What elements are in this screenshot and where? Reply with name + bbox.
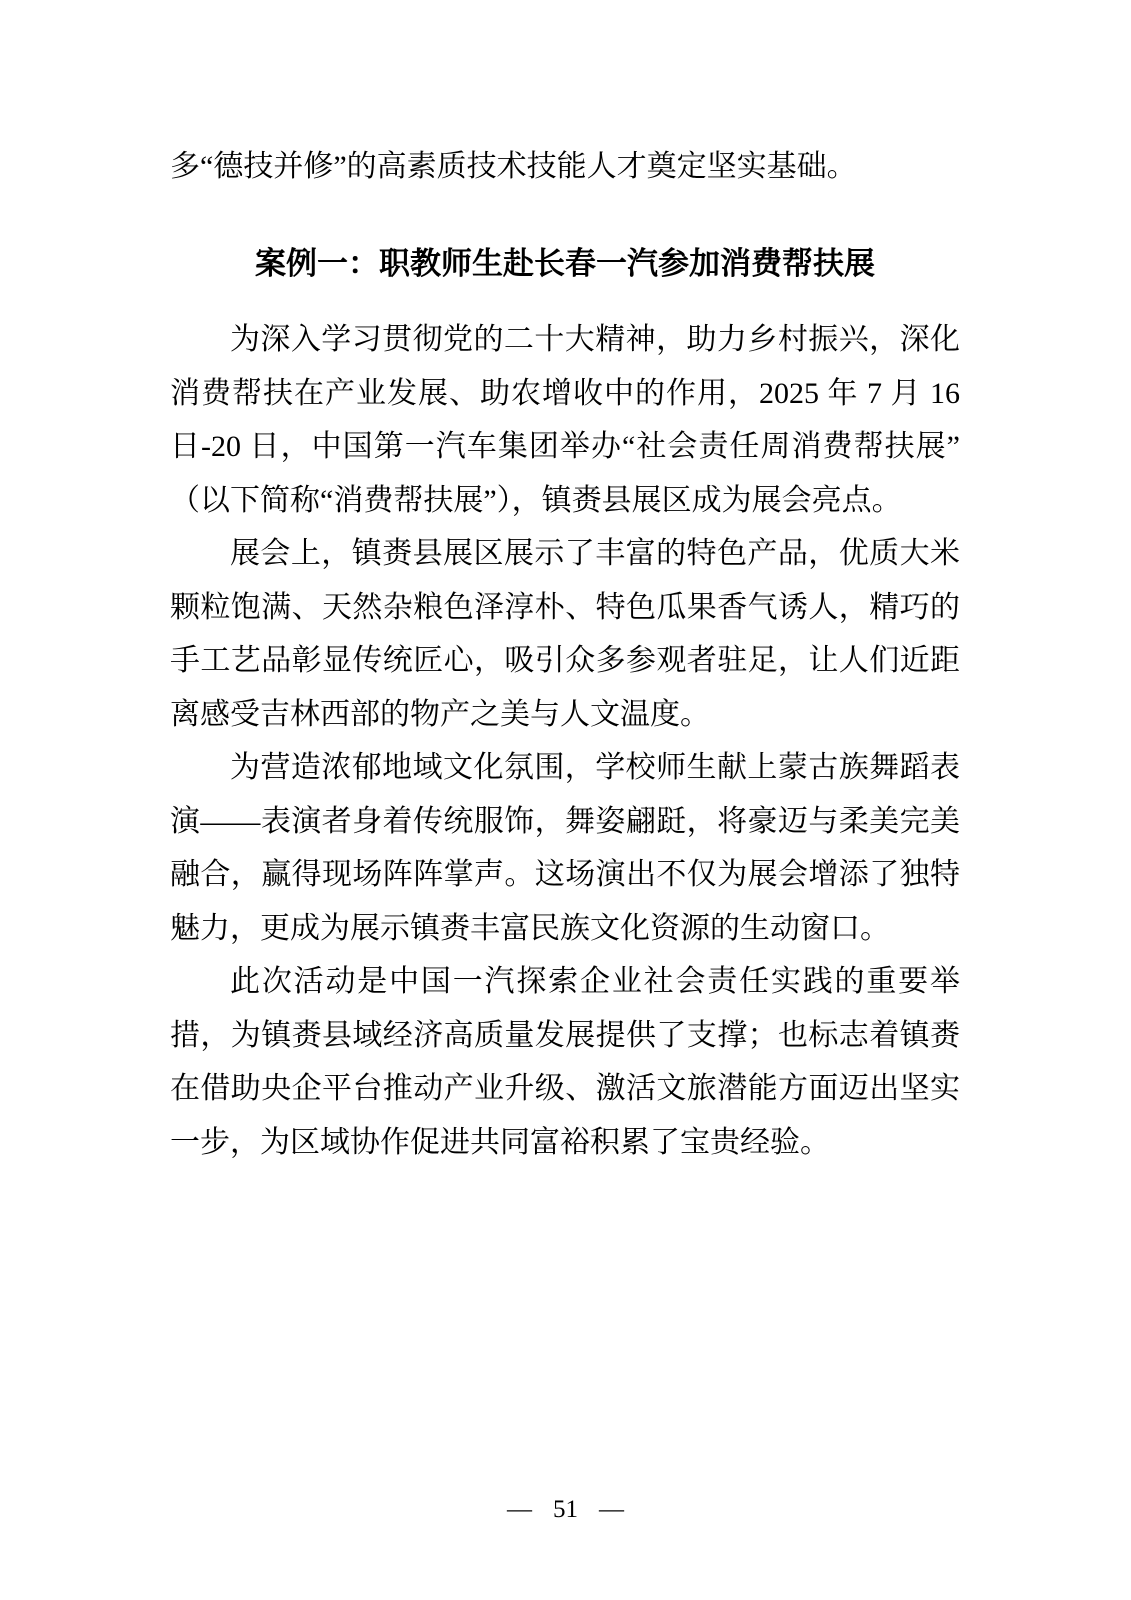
- body-line: 为营造浓郁地域文化氛围，学校师生献上蒙古族舞蹈表: [170, 741, 960, 795]
- body-line: 消费帮扶在产业发展、助农增收中的作用，2025 年 7 月 16: [170, 367, 960, 421]
- page-number: 51: [553, 1483, 578, 1537]
- body-line: 一步，为区域协作促进共同富裕积累了宝贵经验。: [170, 1116, 960, 1170]
- paragraph-3: 为营造浓郁地域文化氛围，学校师生献上蒙古族舞蹈表 演——表演者身着传统服饰，舞姿…: [170, 741, 960, 955]
- page-footer: —51—: [0, 1483, 1131, 1537]
- footer-dash-left: —: [507, 1483, 532, 1537]
- body-line: 此次活动是中国一汽探索企业社会责任实践的重要举: [170, 955, 960, 1009]
- body-paragraphs: 为深入学习贯彻党的二十大精神，助力乡村振兴，深化 消费帮扶在产业发展、助农增收中…: [170, 313, 960, 1169]
- footer-dash-right: —: [599, 1483, 624, 1537]
- paragraph-1: 为深入学习贯彻党的二十大精神，助力乡村振兴，深化 消费帮扶在产业发展、助农增收中…: [170, 313, 960, 527]
- paragraph-4: 此次活动是中国一汽探索企业社会责任实践的重要举 措，为镇赉县域经济高质量发展提供…: [170, 955, 960, 1169]
- body-line: 手工艺品彰显传统匠心，吸引众多参观者驻足，让人们近距: [170, 634, 960, 688]
- body-line: （以下简称“消费帮扶展”），镇赉县展区成为展会亮点。: [170, 474, 960, 528]
- body-line: 措，为镇赉县域经济高质量发展提供了支撑；也标志着镇赉: [170, 1009, 960, 1063]
- section-heading: 案例一：职教师生赴长春一汽参加消费帮扶展: [170, 237, 960, 291]
- body-line: 日-20 日，中国第一汽车集团举办“社会责任周消费帮扶展”: [170, 420, 960, 474]
- body-line: 展会上，镇赉县展区展示了丰富的特色产品，优质大米: [170, 527, 960, 581]
- document-page: 多“德技并修”的高素质技术技能人才奠定坚实基础。 案例一：职教师生赴长春一汽参加…: [0, 0, 1131, 1600]
- body-line: 在借助央企平台推动产业升级、激活文旅潜能方面迈出坚实: [170, 1062, 960, 1116]
- continuation-paragraph-line: 多“德技并修”的高素质技术技能人才奠定坚实基础。: [170, 140, 960, 194]
- body-line: 为深入学习贯彻党的二十大精神，助力乡村振兴，深化: [170, 313, 960, 367]
- body-line: 魅力，更成为展示镇赉丰富民族文化资源的生动窗口。: [170, 902, 960, 956]
- text-column: 多“德技并修”的高素质技术技能人才奠定坚实基础。 案例一：职教师生赴长春一汽参加…: [170, 140, 960, 1169]
- body-line: 颗粒饱满、天然杂粮色泽淳朴、特色瓜果香气诱人，精巧的: [170, 581, 960, 635]
- body-line: 融合，赢得现场阵阵掌声。这场演出不仅为展会增添了独特: [170, 848, 960, 902]
- body-line: 演——表演者身着传统服饰，舞姿翩跹，将豪迈与柔美完美: [170, 795, 960, 849]
- paragraph-2: 展会上，镇赉县展区展示了丰富的特色产品，优质大米 颗粒饱满、天然杂粮色泽淳朴、特…: [170, 527, 960, 741]
- body-line: 离感受吉林西部的物产之美与人文温度。: [170, 688, 960, 742]
